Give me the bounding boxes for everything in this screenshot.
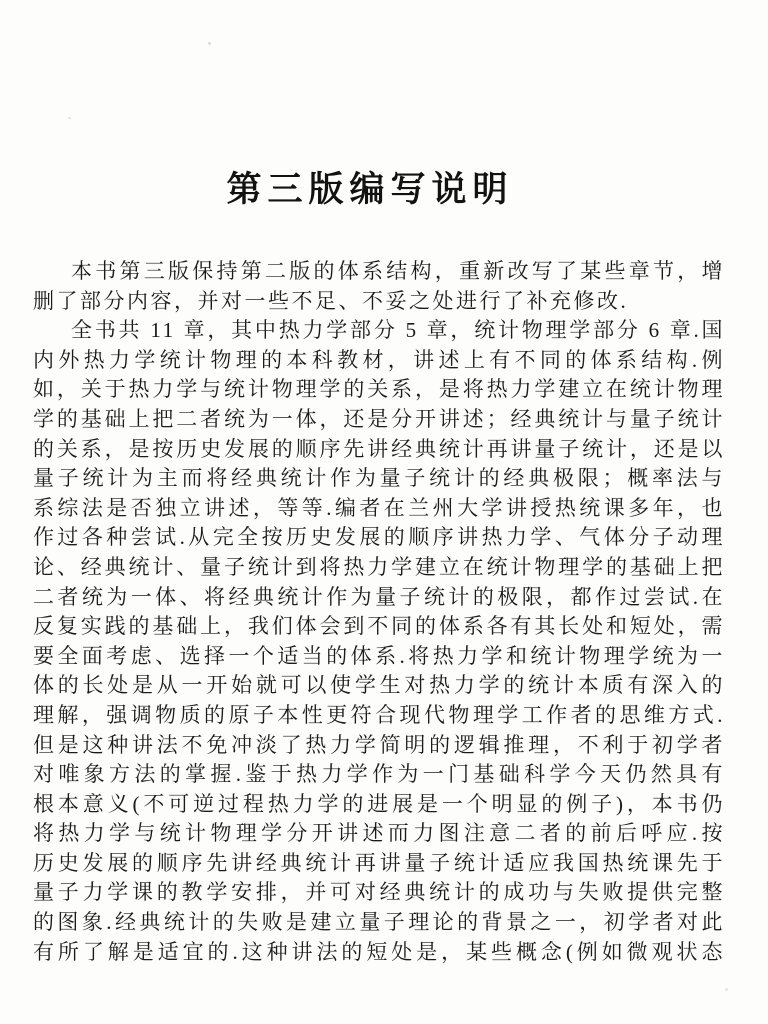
body-text: 本书第三版保持第二版的体系结构，重新改写了某些章节，增 删了部分内容，并对一些不… — [33, 257, 725, 967]
text-line: 理解，强调物质的原子本性更符合现代物理学工作者的思维方式. — [33, 701, 725, 731]
text-line: 删了部分内容，并对一些不足、不妥之处进行了补充修改. — [33, 287, 725, 317]
text-line: 量子力学课的教学安排，并可对经典统计的成功与失败提供完整 — [33, 878, 725, 908]
text-line: 内外热力学统计物理的本科教材，讲述上有不同的体系结构.例 — [33, 346, 725, 376]
text-line: 但是这种讲法不免冲淡了热力学简明的逻辑推理，不利于初学者 — [33, 731, 725, 761]
text-line: 反复实践的基础上，我们体会到不同的体系各有其长处和短处，需 — [33, 612, 725, 642]
text-line: 根本意义(不可逆过程热力学的进展是一个明显的例子)，本书仍 — [33, 790, 725, 820]
scan-speck — [725, 988, 728, 991]
text-line: 体的长处是从一开始就可以使学生对热力学的统计本质有深入的 — [33, 671, 725, 701]
text-line: 二者统为一体、将经典统计作为量子统计的极限，都作过尝试.在 — [33, 583, 725, 613]
text-line: 历史发展的顺序先讲经典统计再讲量子统计适应我国热统课先于 — [33, 849, 725, 879]
text-line: 量子统计为主而将经典统计作为量子统计的经典极限；概率法与 — [33, 464, 725, 494]
page-title: 第三版编写说明 — [20, 162, 720, 212]
text-line: 全书共 11 章，其中热力学部分 5 章，统计物理学部分 6 章.国 — [33, 316, 725, 346]
text-line: 学的基础上把二者统为一体，还是分开讲述；经典统计与量子统计 — [33, 405, 725, 435]
text-line: 要全面考虑、选择一个适当的体系.将热力学和统计物理学统为一 — [33, 642, 725, 672]
text-line: 有所了解是适宜的.这种讲法的短处是，某些概念(例如微观状态 — [33, 938, 725, 968]
text-line: 对唯象方法的掌握.鉴于热力学作为一门基础科学今天仍然具有 — [33, 760, 725, 790]
text-line: 的关系，是按历史发展的顺序先讲经典统计再讲量子统计，还是以 — [33, 435, 725, 465]
text-line: 系综法是否独立讲述，等等.编者在兰州大学讲授热统课多年，也 — [33, 494, 725, 524]
text-line: 的图象.经典统计的失败是建立量子理论的背景之一，初学者对此 — [33, 908, 725, 938]
text-line: 将热力学与统计物理学分开讲述而力图注意二者的前后呼应.按 — [33, 819, 725, 849]
text-line: 本书第三版保持第二版的体系结构，重新改写了某些章节，增 — [33, 257, 725, 287]
scanned-book-page: 第三版编写说明 本书第三版保持第二版的体系结构，重新改写了某些章节，增 删了部分… — [0, 0, 768, 1024]
scan-speck — [68, 117, 71, 119]
scan-speck — [208, 42, 211, 45]
text-line: 如，关于热力学与统计物理学的关系，是将热力学建立在统计物理 — [33, 375, 725, 405]
text-line: 论、经典统计、量子统计到将热力学建立在统计物理学的基础上把 — [33, 553, 725, 583]
text-line: 作过各种尝试.从完全按历史发展的顺序讲热力学、气体分子动理 — [33, 523, 725, 553]
